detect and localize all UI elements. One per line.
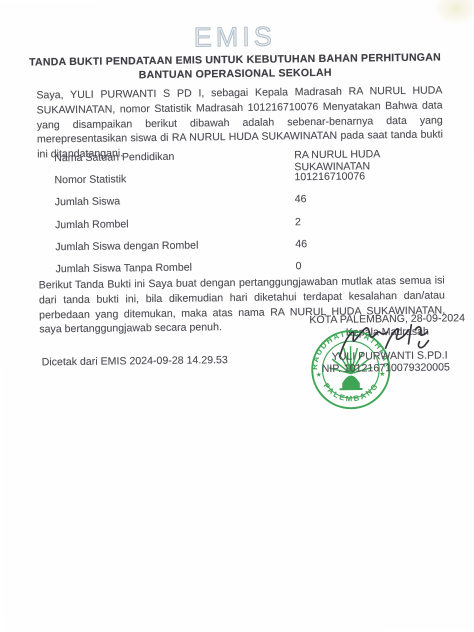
document-title: TANDA BUKTI PENDATAAN EMIS UNTUK KEBUTUH… <box>25 51 445 83</box>
print-timestamp: Dicetak dari EMIS 2024-09-28 14.29.53 <box>42 354 228 368</box>
emis-logo-text: EMIS <box>194 22 276 53</box>
row-label: Nama Satuan Pendidikan <box>54 149 294 164</box>
row-label: Jumlah Siswa Tanpa Rombel <box>55 260 295 275</box>
row-value: 46 <box>295 236 455 250</box>
signer-nip: NIP. 101216710079320005 <box>302 361 470 375</box>
row-value: 0 <box>295 258 455 272</box>
row-label: Nomor Statistik <box>54 171 294 186</box>
row-label: Jumlah Siswa <box>55 194 295 209</box>
row-value: 46 <box>295 192 455 206</box>
document-page: EMIS TANDA BUKTI PENDATAAN EMIS UNTUK KE… <box>0 0 474 632</box>
row-value: 2 <box>295 214 455 228</box>
emis-logo: EMIS <box>0 19 472 56</box>
school-info-table: Nama Satuan Pendidikan RA NURUL HUDA SUK… <box>54 147 456 285</box>
row-label: Jumlah Siswa dengan Rombel <box>55 238 295 253</box>
row-value: 101216710076 <box>294 170 454 184</box>
row-label: Jumlah Rombel <box>55 216 295 231</box>
